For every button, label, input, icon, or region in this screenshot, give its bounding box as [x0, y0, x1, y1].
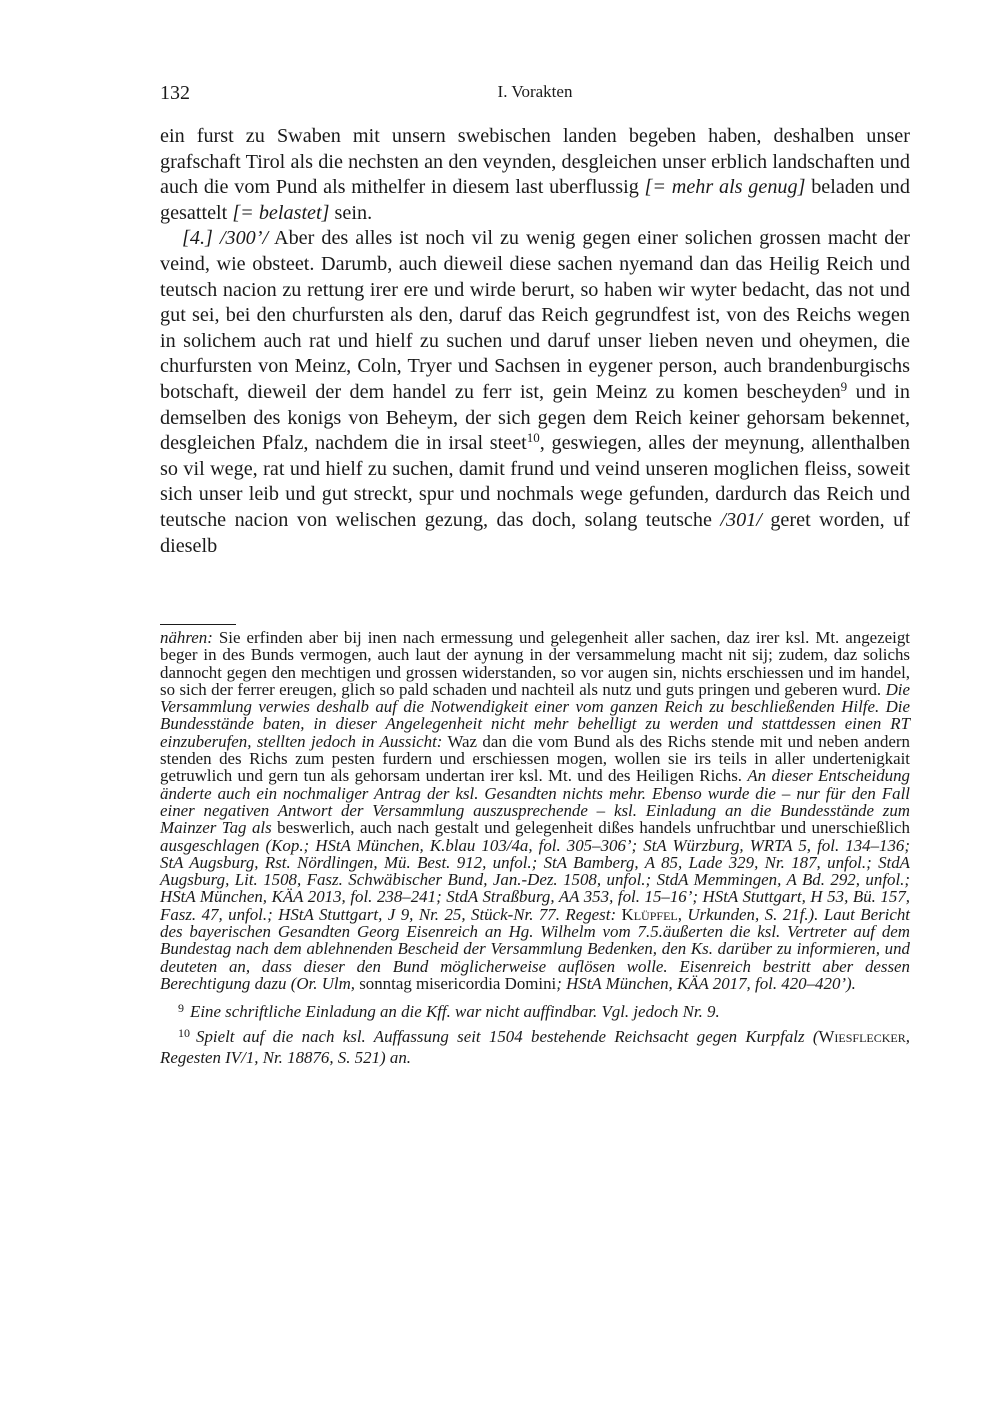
editorial-gloss: [= belastet]: [232, 202, 329, 224]
footnote-number: 9: [178, 1001, 184, 1015]
folio-marker: /301/: [720, 509, 762, 531]
text-run: Sie erfinden aber bij inen nach ermessun…: [160, 628, 910, 699]
paragraph-continued: ein furst zu Swaben mit unsern swebische…: [160, 124, 910, 226]
footnote-9: 9Eine schriftliche Einladung an die Kff.…: [160, 997, 910, 1023]
running-head: 132 I. Vorakten: [160, 82, 910, 106]
italic-run: nähren:: [160, 628, 213, 647]
author-name: Klüpfel: [616, 905, 678, 924]
paragraph-4: [4.] /300’/ Aber des alles ist noch vil …: [160, 226, 910, 559]
footnote-10: 10Spielt auf die nach ksl. Auffassung se…: [160, 1023, 910, 1068]
footnotes: nähren: Sie erfinden aber bij inen nach …: [160, 629, 910, 1068]
section-marker: [4.] /300’/: [182, 227, 268, 249]
editorial-gloss: [= mehr als genug]: [645, 176, 806, 198]
italic-run: ; HStA München, KÄA 2017, fol. 420–420’)…: [556, 974, 856, 993]
footnote-ref-10[interactable]: 10: [527, 430, 540, 445]
author-name: Wiesflecker: [818, 1027, 905, 1046]
italic-run: Spielt auf die nach ksl. Auffassung seit…: [196, 1027, 818, 1046]
footnote-separator: [160, 624, 236, 625]
text-run: sonntag misericordia Domini: [355, 974, 556, 993]
text-run: sein.: [330, 202, 373, 224]
italic-run: Eine schriftliche Einladung an die Kff. …: [190, 1002, 720, 1021]
footnote-number: 10: [178, 1026, 190, 1040]
footnote-continued: nähren: Sie erfinden aber bij inen nach …: [160, 629, 910, 992]
text-run: beswerlich, auch nach gestalt und gelege…: [272, 818, 910, 837]
running-title: I. Vorakten: [160, 82, 910, 102]
text-run: Aber des alles ist noch vil zu wenig geg…: [160, 227, 910, 403]
main-text: ein furst zu Swaben mit unsern swebische…: [160, 124, 910, 559]
